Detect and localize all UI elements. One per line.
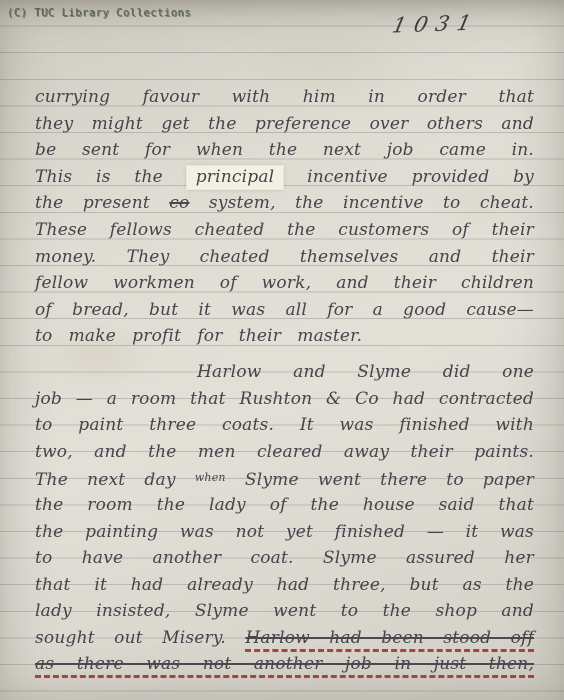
- manuscript-line: to have another coat. Slyme assured her: [35, 545, 534, 572]
- page-number: 1031: [390, 11, 481, 38]
- manuscript-line: to make profit for their master.: [35, 323, 534, 350]
- manuscript-line: Harlow and Slyme did one: [35, 359, 534, 386]
- text-segment: Harlow and Slyme did one: [197, 362, 534, 382]
- manuscript-line: This is the principal incentive provided…: [35, 164, 534, 191]
- text-segment: incentive provided by: [307, 167, 534, 187]
- struck-passage: Harlow had been stood off: [245, 628, 534, 652]
- manuscript-page: (C) TUC Library Collections 1031 curryin…: [0, 0, 564, 700]
- manuscript-line: they might get the preference over other…: [35, 111, 534, 138]
- manuscript-line: The next day when Slyme went there to pa…: [35, 465, 534, 492]
- text-segment: These fellows cheated the customers of t…: [35, 220, 534, 240]
- text-segment: the present: [35, 193, 150, 213]
- text-segment: to make profit for their master.: [35, 326, 362, 346]
- text-segment: to have another coat. Slyme assured her: [35, 548, 534, 568]
- manuscript-line: the room the lady of the house said that: [35, 492, 534, 519]
- text-segment: be sent for when the next job came in.: [35, 140, 534, 160]
- manuscript-text: currying favour with him in order that t…: [35, 84, 534, 678]
- text-segment: currying favour with him in order that: [35, 87, 534, 107]
- text-segment: The next day: [35, 470, 176, 490]
- text-segment: to paint three coats. It was finished wi…: [35, 415, 534, 435]
- text-segment: job — a room that Rushton & Co had contr…: [35, 389, 534, 409]
- manuscript-line: as there was not another job in just the…: [35, 651, 534, 678]
- manuscript-line: the present co system, the incentive to …: [35, 190, 534, 217]
- manuscript-line: currying favour with him in order that: [35, 84, 534, 111]
- library-watermark: (C) TUC Library Collections: [7, 7, 191, 19]
- text-segment: that it had already had three, but as th…: [35, 575, 534, 595]
- manuscript-line: to paint three coats. It was finished wi…: [35, 412, 534, 439]
- manuscript-line: money. They cheated themselves and their: [35, 244, 534, 271]
- manuscript-line: that it had already had three, but as th…: [35, 572, 534, 599]
- manuscript-line: fellow workmen of work, and their childr…: [35, 270, 534, 297]
- text-segment: of bread, but it was all for a good caus…: [35, 300, 534, 320]
- manuscript-line: job — a room that Rushton & Co had contr…: [35, 386, 534, 413]
- struck-passage: as there was not another job in just the…: [35, 654, 534, 678]
- text-segment: Slyme went there to paper: [245, 470, 534, 490]
- inserted-word: when: [195, 471, 226, 484]
- manuscript-line: These fellows cheated the customers of t…: [35, 217, 534, 244]
- text-segment: the painting was not yet finished — it w…: [35, 522, 534, 542]
- text-segment: sought out Misery.: [35, 628, 226, 648]
- manuscript-line: the painting was not yet finished — it w…: [35, 519, 534, 546]
- text-segment: lady insisted, Slyme went to the shop an…: [35, 601, 534, 621]
- text-segment: two, and the men cleared away their pain…: [35, 442, 534, 462]
- manuscript-line: of bread, but it was all for a good caus…: [35, 297, 534, 324]
- text-segment: This is the: [35, 167, 163, 187]
- text-segment: money. They cheated themselves and their: [35, 247, 534, 267]
- manuscript-line: two, and the men cleared away their pain…: [35, 439, 534, 466]
- pasted-correction: principal: [187, 166, 284, 189]
- text-segment: they might get the preference over other…: [35, 114, 534, 134]
- manuscript-line: lady insisted, Slyme went to the shop an…: [35, 598, 534, 625]
- text-segment: system, the incentive to cheat.: [209, 193, 534, 213]
- text-segment: fellow workmen of work, and their childr…: [35, 273, 534, 293]
- text-segment: the room the lady of the house said that: [35, 495, 534, 515]
- paragraph-gap: [35, 350, 534, 359]
- struck-word: co: [169, 193, 189, 213]
- manuscript-line: sought out Misery. Harlow had been stood…: [35, 625, 534, 652]
- manuscript-line: be sent for when the next job came in.: [35, 137, 534, 164]
